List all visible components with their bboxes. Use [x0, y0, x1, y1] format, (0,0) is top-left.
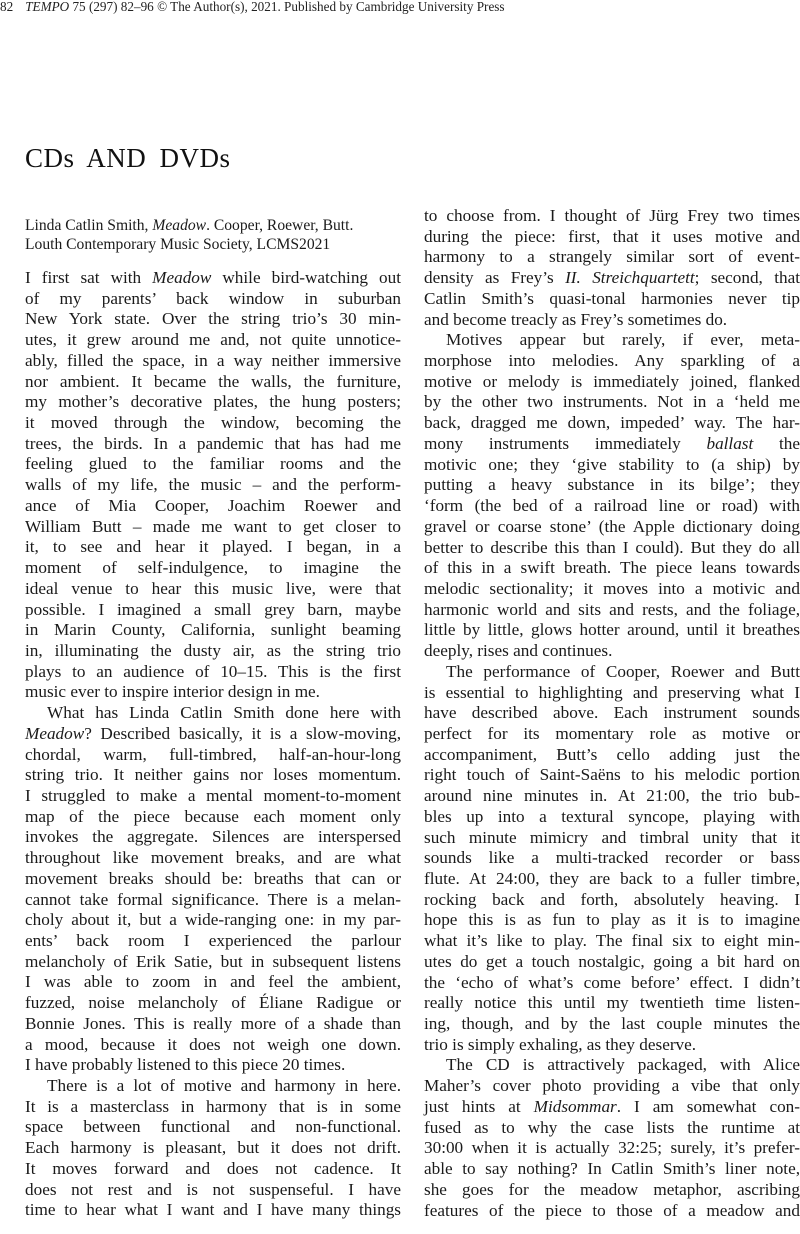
text-line: little by little, glows hotter around, u…: [424, 620, 800, 641]
text-line: ‘form (the bed of a railroad line or roa…: [424, 496, 800, 517]
text-line: space between functional and non-functio…: [25, 1117, 401, 1138]
page-number: 82: [0, 0, 13, 14]
running-head: 82TEMPO 75 (297) 82–96 © The Author(s), …: [0, 0, 505, 14]
text-line: walls of my life, the music – and the pe…: [25, 475, 401, 496]
text-line: It moves forward and does not cadence. I…: [25, 1159, 401, 1180]
text-line: Bonnie Jones. This is really more of a s…: [25, 1014, 401, 1035]
text-line: feeling glued to the familiar rooms and …: [25, 454, 401, 475]
text-line: choly about it, but a wide-ranging one: …: [25, 910, 401, 931]
text-line: during the piece: first, that it uses mo…: [424, 227, 800, 248]
text-line: There is a lot of motive and harmony in …: [25, 1076, 401, 1097]
text-line: New York state. Over the string trio’s 3…: [25, 309, 401, 330]
text-line: perfect for its momentary role as motive…: [424, 724, 800, 745]
text-line: melodic sectionality; it moves into a mo…: [424, 579, 800, 600]
text-line: fused as to why the case lists the runti…: [424, 1118, 800, 1139]
text-line: putting a heavy substance in its bilge’;…: [424, 475, 800, 496]
text-line: utes do get a touch nostalgic, going a b…: [424, 952, 800, 973]
text-line: It is a masterclass in harmony that is i…: [25, 1097, 401, 1118]
journal-citation: 75 (297) 82–96 © The Author(s), 2021. Pu…: [72, 0, 504, 14]
text-line: ably, filled the space, in a way neither…: [25, 351, 401, 372]
text-line: trio is simply exhaling, as they deserve…: [424, 1035, 800, 1056]
text-line: nor ambient. It became the walls, the fu…: [25, 372, 401, 393]
text-line: I was able to zoom in and feel the ambie…: [25, 972, 401, 993]
text-line: Catlin Smith’s quasi-tonal harmonies nev…: [424, 289, 800, 310]
text-line: motive or melody is immediately joined, …: [424, 372, 800, 393]
text-line: fuzzed, noise melancholy of Éliane Radig…: [25, 993, 401, 1014]
text-line: it, to see and hear it played. I began, …: [25, 537, 401, 558]
text-line: accompaniment, Butt’s cello adding just …: [424, 745, 800, 766]
text-line: 30:00 when it is actually 32:25; surely,…: [424, 1138, 800, 1159]
text-line: Maher’s cover photo providing a vibe tha…: [424, 1076, 800, 1097]
text-line: right touch of Saint-Saëns to his melodi…: [424, 765, 800, 786]
text-line: What has Linda Catlin Smith done here wi…: [25, 703, 401, 724]
text-line: motivic one; they ‘give stability to (a …: [424, 455, 800, 476]
work-title: Meadow: [152, 217, 206, 234]
text-line: ideal venue to hear this music live, wer…: [25, 579, 401, 600]
right-column: to choose from. I thought of Jürg Frey t…: [424, 206, 800, 1221]
text-line: invokes the aggregate. Silences are inte…: [25, 827, 401, 848]
journal-name: TEMPO: [25, 0, 69, 14]
text-line: really notice this until my twentieth ti…: [424, 993, 800, 1014]
text-line: flute. At 24:00, they are back to a full…: [424, 869, 800, 890]
text-line: ents’ back room I experienced the parlou…: [25, 931, 401, 952]
text-line: gravel or coarse stone’ (the Apple dicti…: [424, 517, 800, 538]
text-line: moment of self-indulgence, to imagine th…: [25, 558, 401, 579]
left-column: I first sat with Meadow while bird-watch…: [25, 268, 401, 1221]
emphasis: Meadow: [152, 268, 211, 287]
text-line: plays to an audience of 10–15. This is t…: [25, 662, 401, 683]
text-line: by the other two instruments. Not in a ‘…: [424, 392, 800, 413]
emphasis: II. Streichquartett: [565, 268, 695, 287]
text-line: The performance of Cooper, Roewer and Bu…: [424, 662, 800, 683]
text-line: I have probably listened to this piece 2…: [25, 1055, 401, 1076]
text-line: to choose from. I thought of Jürg Frey t…: [424, 206, 800, 227]
text-line: better to describe this than I could). B…: [424, 538, 800, 559]
text-line: music ever to inspire interior design in…: [25, 682, 401, 703]
text-line: bles up into a textural syncope, playing…: [424, 807, 800, 828]
text-line: of my parents’ back window in suburban: [25, 289, 401, 310]
text-line: William Butt – made me want to get close…: [25, 517, 401, 538]
text-line: harmony to a strangely similar sort of e…: [424, 247, 800, 268]
review-citation: Linda Catlin Smith, Meadow. Cooper, Roew…: [25, 216, 401, 254]
emphasis: Meadow: [25, 724, 84, 743]
section-title: CDs AND DVDs: [25, 143, 231, 174]
text-line: Meadow? Described basically, it is a slo…: [25, 724, 401, 745]
text-line: sounds like a multi-tracked recorder or …: [424, 848, 800, 869]
text-line: movement breaks should be: breaths that …: [25, 869, 401, 890]
text-line: melancholy of Erik Satie, but in subsequ…: [25, 952, 401, 973]
text-line: string trio. It neither gains nor loses …: [25, 765, 401, 786]
citation-line-2: Louth Contemporary Music Society, LCMS20…: [25, 235, 401, 254]
text-line: my mother’s decorative plates, the hung …: [25, 392, 401, 413]
text-line: Motives appear but rarely, if ever, meta…: [424, 330, 800, 351]
text-line: around nine minutes in. At 21:00, the tr…: [424, 786, 800, 807]
text-line: it moved through the window, becoming th…: [25, 413, 401, 434]
text-line: of this in a swift breath. The piece lea…: [424, 558, 800, 579]
text-line: features of the piece to those of a mead…: [424, 1201, 800, 1222]
text-line: I first sat with Meadow while bird-watch…: [25, 268, 401, 289]
text-line: rocking back and forth, absolutely heavi…: [424, 890, 800, 911]
text-line: cannot take formal significance. There i…: [25, 890, 401, 911]
text-line: hope this is as fun to play as it is to …: [424, 910, 800, 931]
text-line: does not rest and is not suspenseful. I …: [25, 1180, 401, 1201]
emphasis: ballast: [706, 434, 753, 453]
emphasis: Midsommar: [534, 1097, 617, 1116]
text-line: chordal, warm, full-timbred, half-an-hou…: [25, 745, 401, 766]
text-line: she goes for the meadow metaphor, ascrib…: [424, 1180, 800, 1201]
text-line: what it’s like to play. The final six to…: [424, 931, 800, 952]
text-line: able to say nothing? In Catlin Smith’s l…: [424, 1159, 800, 1180]
text-line: back, dragged me down, impeded’ way. The…: [424, 413, 800, 434]
text-line: the ‘echo of what’s come before’ effect.…: [424, 973, 800, 994]
text-line: time to hear what I want and I have many…: [25, 1200, 401, 1221]
text-line: utes, it grew around me and, not quite u…: [25, 330, 401, 351]
text-line: in, illuminating the dusty air, as the s…: [25, 641, 401, 662]
text-line: map of the piece because each moment onl…: [25, 807, 401, 828]
text-line: just hints at Midsommar. I am somewhat c…: [424, 1097, 800, 1118]
text-line: mony instruments immediately ballast the: [424, 434, 800, 455]
text-line: have described above. Each instrument so…: [424, 703, 800, 724]
text-line: in Marin County, California, sunlight be…: [25, 620, 401, 641]
text-line: possible. I imagined a small grey barn, …: [25, 600, 401, 621]
text-line: The CD is attractively packaged, with Al…: [424, 1055, 800, 1076]
text-line: is essential to highlighting and preserv…: [424, 683, 800, 704]
text-line: density as Frey’s II. Streichquartett; s…: [424, 268, 800, 289]
text-line: harmonic world and sits and rests, and t…: [424, 600, 800, 621]
text-line: morphose into melodies. Any sparkling of…: [424, 351, 800, 372]
text-line: trees, the birds. In a pandemic that has…: [25, 434, 401, 455]
text-line: I struggled to make a mental moment-to-m…: [25, 786, 401, 807]
text-line: Each harmony is pleasant, but it does no…: [25, 1138, 401, 1159]
text-line: throughout like movement breaks, and are…: [25, 848, 401, 869]
text-line: and become treacly as Frey’s sometimes d…: [424, 310, 800, 331]
citation-line-1: Linda Catlin Smith, Meadow. Cooper, Roew…: [25, 216, 401, 235]
text-line: ance of Mia Cooper, Joachim Roewer and: [25, 496, 401, 517]
text-line: such minute mimicry and timbral unity th…: [424, 828, 800, 849]
text-line: deeply, rises and continues.: [424, 641, 800, 662]
text-line: a mood, because it does not weigh one do…: [25, 1035, 401, 1056]
text-line: ing, though, and by the last couple minu…: [424, 1014, 800, 1035]
